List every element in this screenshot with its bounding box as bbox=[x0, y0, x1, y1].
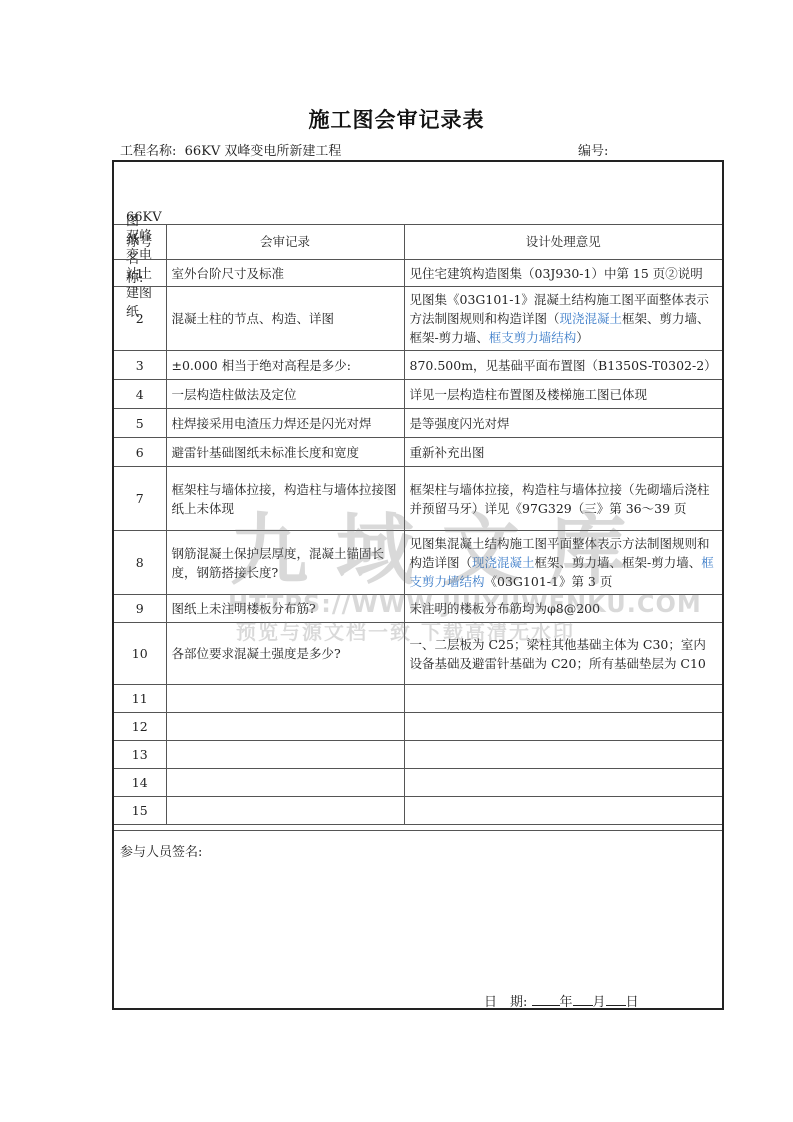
row-no: 9 bbox=[114, 595, 166, 623]
row-no: 15 bbox=[114, 797, 166, 825]
row-opinion: 见住宅建筑构造图集（03J930-1）中第 15 页②说明 bbox=[404, 260, 722, 287]
row-opinion bbox=[404, 741, 722, 769]
month-blank[interactable] bbox=[573, 991, 593, 1006]
row-record: ±0.000 相当于绝对高程是多少: bbox=[166, 351, 404, 380]
row-opinion: 重新补充出图 bbox=[404, 438, 722, 467]
table-row: 4 一层构造柱做法及定位 详见一层构造柱布置图及楼梯施工图已体现 bbox=[114, 380, 722, 409]
row-no: 13 bbox=[114, 741, 166, 769]
row-record: 柱焊接采用电渣压力焊还是闪光对焊 bbox=[166, 409, 404, 438]
table-row: 13 bbox=[114, 741, 722, 769]
row-no: 7 bbox=[114, 467, 166, 531]
row-no: 3 bbox=[114, 351, 166, 380]
table-row: 7 框架柱与墙体拉接，构造柱与墙体拉接图纸上未体现 框架柱与墙体拉接，构造柱与墙… bbox=[114, 467, 722, 531]
signature-section: 参与人员签名: 日 期: 年月日 bbox=[114, 830, 722, 1008]
row-record bbox=[166, 741, 404, 769]
table-row: 12 bbox=[114, 713, 722, 741]
row-opinion: 未注明的楼板分布筋均为φ8@200 bbox=[404, 595, 722, 623]
review-table: 序号 会审记录 设计处理意见 1 室外台阶尺寸及标准 见住宅建筑构造图集（03J… bbox=[114, 224, 722, 825]
row-opinion: 详见一层构造柱布置图及楼梯施工图已体现 bbox=[404, 380, 722, 409]
review-form: 图纸名称:66KV 双峰变电站土建图纸 序号 会审记录 设计处理意见 1 室外台… bbox=[112, 160, 724, 1010]
table-row: 10 各部位要求混凝土强度是多少? 一、二层板为 C25；梁柱其他基础主体为 C… bbox=[114, 623, 722, 685]
row-no: 6 bbox=[114, 438, 166, 467]
row-opinion: 见图集混凝土结构施工图平面整体表示方法制图规则和构造详图（现浇混凝土框架、剪力墙… bbox=[404, 531, 722, 595]
signature-label: 参与人员签名: bbox=[120, 841, 202, 860]
row-no: 10 bbox=[114, 623, 166, 685]
row-no: 8 bbox=[114, 531, 166, 595]
row-record: 避雷针基础图纸未标准长度和宽度 bbox=[166, 438, 404, 467]
row-opinion: 见图集《03G101-1》混凝土结构施工图平面整体表示方法制图规则和构造详图（现… bbox=[404, 287, 722, 351]
row-no: 11 bbox=[114, 685, 166, 713]
project-name-line: 工程名称: 66KV 双峰变电所新建工程 bbox=[120, 140, 341, 159]
number-line: 编号: bbox=[578, 140, 608, 159]
row-record: 混凝土柱的节点、构造、详图 bbox=[166, 287, 404, 351]
day-label: 日 bbox=[626, 995, 639, 1010]
header-record: 会审记录 bbox=[166, 224, 404, 260]
table-row: 2 混凝土柱的节点、构造、详图 见图集《03G101-1》混凝土结构施工图平面整… bbox=[114, 287, 722, 351]
row-no: 4 bbox=[114, 380, 166, 409]
row-record bbox=[166, 797, 404, 825]
table-row: 9 图纸上未注明楼板分布筋? 未注明的楼板分布筋均为φ8@200 bbox=[114, 595, 722, 623]
table-row: 6 避雷针基础图纸未标准长度和宽度 重新补充出图 bbox=[114, 438, 722, 467]
row-no: 1 bbox=[114, 260, 166, 287]
table-header: 序号 会审记录 设计处理意见 bbox=[114, 224, 722, 260]
link-cast-in-place-concrete[interactable]: 现浇混凝土 bbox=[472, 555, 535, 570]
opinion-text: 框架、剪力墙、框架-剪力墙、 bbox=[535, 555, 702, 570]
document-title: 施工图会审记录表 bbox=[0, 104, 793, 134]
row-record: 图纸上未注明楼板分布筋? bbox=[166, 595, 404, 623]
row-record: 一层构造柱做法及定位 bbox=[166, 380, 404, 409]
opinion-text: ） bbox=[576, 330, 589, 345]
month-label: 月 bbox=[593, 995, 606, 1010]
date-line: 日 期: 年月日 bbox=[484, 991, 639, 1010]
row-opinion bbox=[404, 713, 722, 741]
row-record: 钢筋混凝土保护层厚度，混凝土锚固长度，钢筋搭接长度? bbox=[166, 531, 404, 595]
table-row: 8 钢筋混凝土保护层厚度，混凝土锚固长度，钢筋搭接长度? 见图集混凝土结构施工图… bbox=[114, 531, 722, 595]
table-row: 3 ±0.000 相当于绝对高程是多少: 870.500m，见基础平面布置图（B… bbox=[114, 351, 722, 380]
row-opinion bbox=[404, 797, 722, 825]
table-row: 1 室外台阶尺寸及标准 见住宅建筑构造图集（03J930-1）中第 15 页②说… bbox=[114, 260, 722, 287]
row-opinion: 一、二层板为 C25；梁柱其他基础主体为 C30；室内设备基础及避雷针基础为 C… bbox=[404, 623, 722, 685]
table-row: 15 bbox=[114, 797, 722, 825]
table-row: 14 bbox=[114, 769, 722, 797]
row-opinion: 是等强度闪光对焊 bbox=[404, 409, 722, 438]
project-label: 工程名称: bbox=[120, 144, 176, 159]
row-no: 2 bbox=[114, 287, 166, 351]
drawing-name-row: 图纸名称:66KV 双峰变电站土建图纸 bbox=[114, 162, 722, 225]
header-no: 序号 bbox=[114, 224, 166, 260]
number-label: 编号: bbox=[578, 144, 608, 159]
link-frame-supported-shear-wall[interactable]: 框支剪力墙结构 bbox=[489, 330, 577, 345]
row-record bbox=[166, 769, 404, 797]
date-label: 日 期: bbox=[484, 995, 527, 1010]
year-label: 年 bbox=[560, 995, 573, 1010]
row-opinion bbox=[404, 769, 722, 797]
opinion-text: 《03G101-1》第 3 页 bbox=[485, 574, 613, 589]
table-row: 11 bbox=[114, 685, 722, 713]
year-blank[interactable] bbox=[532, 991, 560, 1006]
row-no: 14 bbox=[114, 769, 166, 797]
row-record bbox=[166, 713, 404, 741]
row-opinion: 870.500m，见基础平面布置图（B1350S-T0302-2） bbox=[404, 351, 722, 380]
row-opinion: 框架柱与墙体拉接，构造柱与墙体拉接（先砌墙后浇柱并预留马牙）详见《97G329（… bbox=[404, 467, 722, 531]
row-no: 5 bbox=[114, 409, 166, 438]
project-name: 66KV 双峰变电所新建工程 bbox=[185, 144, 342, 159]
day-blank[interactable] bbox=[606, 991, 626, 1006]
row-record: 室外台阶尺寸及标准 bbox=[166, 260, 404, 287]
row-record: 各部位要求混凝土强度是多少? bbox=[166, 623, 404, 685]
row-opinion bbox=[404, 685, 722, 713]
link-cast-in-place-concrete[interactable]: 现浇混凝土 bbox=[560, 311, 623, 326]
header-opinion: 设计处理意见 bbox=[404, 224, 722, 260]
table-row: 5 柱焊接采用电渣压力焊还是闪光对焊 是等强度闪光对焊 bbox=[114, 409, 722, 438]
row-record: 框架柱与墙体拉接，构造柱与墙体拉接图纸上未体现 bbox=[166, 467, 404, 531]
row-record bbox=[166, 685, 404, 713]
row-no: 12 bbox=[114, 713, 166, 741]
